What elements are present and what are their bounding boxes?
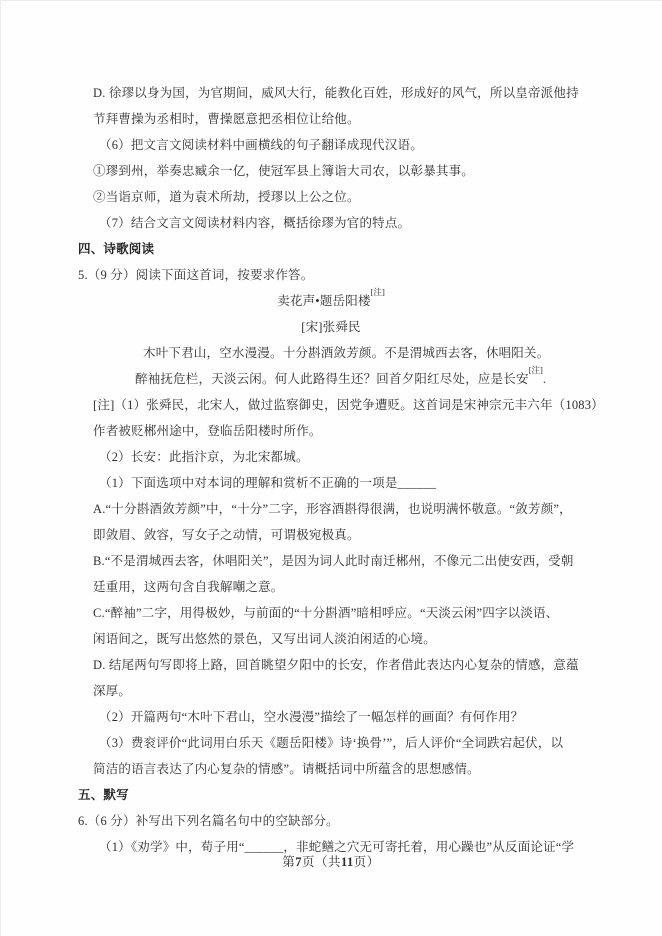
poem-center-line: [宋]张舜民	[0, 314, 662, 340]
text-line: B.“不是渭城西去客，休唱阳关”，是因为词人此时南迁郴州，不像元二出使安西，受朝	[0, 548, 662, 574]
line-text: 卖花声•题岳阳楼	[277, 294, 370, 308]
text-line: 作者被贬郴州途中，登临岳阳楼时所作。	[0, 418, 662, 444]
question-line: 6.（6 分）补写出下列名篇名句中的空缺部分。	[0, 808, 662, 834]
text-line: 廷重用，这两句含自我解嘲之意。	[0, 574, 662, 600]
note-superscript: [注]	[529, 365, 543, 375]
footer-text: 页）	[354, 855, 380, 869]
footer-text: 页（共	[302, 855, 341, 869]
text-line: D. 徐璆以身为国，为官期间，威风大行，能教化百姓，形成好的风气，所以皇帝派他持	[0, 80, 662, 106]
sub-question-line: （1）下面选项中对本词的理解和赏析不正确的一项是______	[0, 470, 662, 496]
poem-center-line: 卖花声•题岳阳楼[注]	[0, 288, 662, 314]
sub-question-line: （6）把文言文阅读材料中画横线的句子翻译成现代汉语。	[0, 132, 662, 158]
text-line: A.“十分斟酒敛芳颜”中，“十分”二字，形容酒斟得很满，也说明满怀敬意。“敛芳颜…	[0, 496, 662, 522]
sub-question-line: （2）长安：此指汴京，为北宋都城。	[0, 444, 662, 470]
sub-question-line: （7）结合文言文阅读材料内容，概括徐璆为官的特点。	[0, 210, 662, 236]
sub-question-line: （2）开篇两句“木叶下君山，空水漫漫”描绘了一幅怎样的画面？有何作用？	[0, 704, 662, 730]
text-line: ②当诣京师，道为袁术所劫，授璆以上公之位。	[0, 184, 662, 210]
note-superscript: [注]	[371, 287, 385, 297]
text-line: ①璆到州，举奏忠臧余一亿，使冠军县上簿诣大司农，以彰暴其事。	[0, 158, 662, 184]
line-text: .	[543, 372, 546, 386]
text-line: 节拜曹操为丞相时，曹操愿意把丞相位让给他。	[0, 106, 662, 132]
text-line: 闲语间之，既写出悠然的景色，又写出词人淡泊闲适的心境。	[0, 626, 662, 652]
section-heading: 五、默写	[0, 782, 662, 808]
text-line: 深厚。	[0, 678, 662, 704]
footer-text: 第	[282, 855, 295, 869]
poem-line: 醉袖抚危栏，天淡云闲。何人此路得生还？回首夕阳红尽处，应是长安[注].	[0, 366, 662, 392]
page-content: D. 徐璆以身为国，为官期间，威风大行，能教化百姓，形成好的风气，所以皇帝派他持…	[0, 0, 662, 860]
text-line: D. 结尾两句写即将上路，回首眺望夕阳中的长安，作者借此表达内心复杂的情感，意蕴	[0, 652, 662, 678]
sub-question-line: （3）费衮评价“此词用白乐天《题岳阳楼》诗‘换骨’”，后人评价“全词跌宕起伏，以	[0, 730, 662, 756]
text-line: 即敛眉、敛容，写女子之动情，可谓极宛极真。	[0, 522, 662, 548]
question-line: 5.（9 分）阅读下面这首词，按要求作答。	[0, 262, 662, 288]
poem-line: 木叶下君山，空水漫漫。十分斟酒敛芳颜。不是渭城西去客，休唱阳关。	[0, 340, 662, 366]
line-text: 醉袖抚危栏，天淡云闲。何人此路得生还？回首夕阳红尽处，应是长安	[135, 372, 529, 386]
section-heading: 四、诗歌阅读	[0, 236, 662, 262]
footer-total-pages: 11	[341, 855, 354, 869]
footer-page-number: 7	[295, 855, 302, 869]
document-page: D. 徐璆以身为国，为官期间，威风大行，能教化百姓，形成好的风气，所以皇帝派他持…	[0, 0, 662, 936]
text-line: 简洁的语言表达了内心复杂的情感”。请概括词中所蕴含的思想感情。	[0, 756, 662, 782]
text-line: [注]（1）张舜民，北宋人，做过监察御史，因党争遭贬。这首词是宋神宗元丰六年（1…	[0, 392, 662, 418]
text-line: C.“醉袖”二字，用得极妙，与前面的“十分斟酒”暗相呼应。“天淡云闲”四字以淡语…	[0, 600, 662, 626]
